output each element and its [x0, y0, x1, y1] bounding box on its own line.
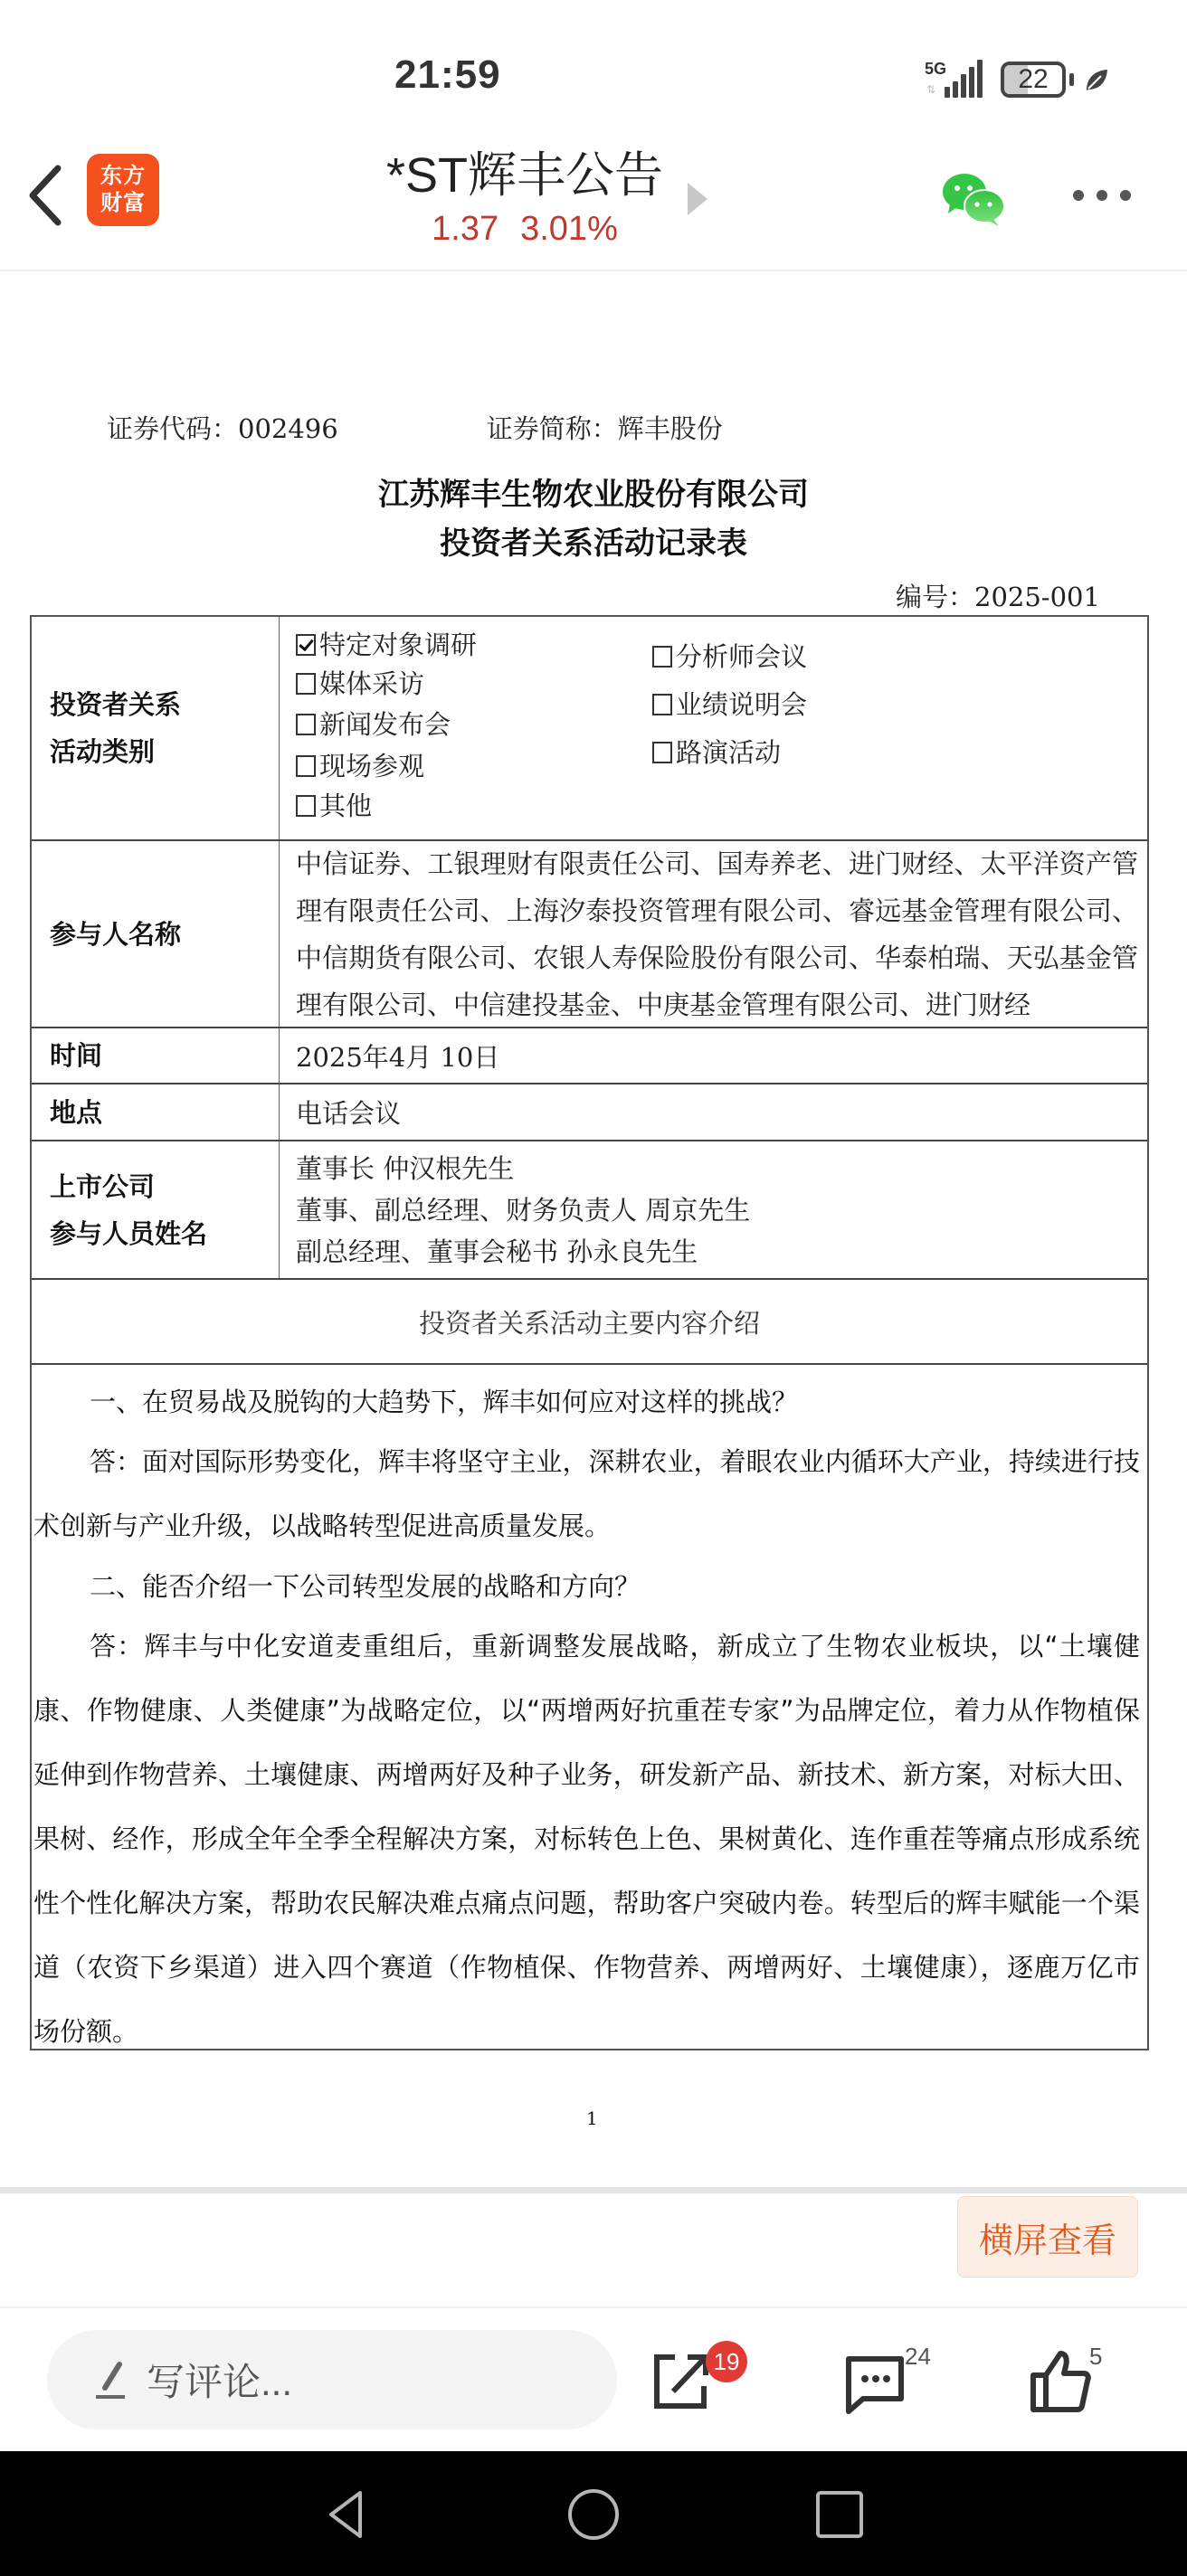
network-type: 5G	[925, 60, 946, 79]
signal-bars-icon	[945, 60, 983, 98]
qa-content: 一、在贸易战及脱钩的大趋势下，辉丰如何应对这样的挑战？ 答：面对国际形势变化，辉…	[32, 1365, 1147, 2049]
intro-header: 投资者关系活动主要内容介绍	[32, 1280, 1147, 1365]
checkbox-icon	[652, 742, 672, 763]
data-arrows-icon: ⇅	[926, 83, 935, 96]
location-label: 地点	[32, 1084, 280, 1140]
battery-icon: 22	[1001, 62, 1066, 98]
wechat-icon[interactable]	[941, 170, 1006, 228]
option-site-visit: 现场参观	[296, 745, 652, 787]
option-media-interview: 媒体采访	[296, 665, 652, 704]
comment-input[interactable]: 写评论...	[47, 2330, 617, 2429]
nav-back-icon[interactable]	[318, 2487, 373, 2542]
checkbox-icon	[652, 646, 672, 668]
checkbox-checked-icon	[296, 634, 316, 656]
time-label: 时间	[32, 1028, 280, 1083]
signal-icon: 5G ⇅	[925, 60, 992, 99]
answer-2: 答：辉丰与中化安道麦重组后，重新调整发展战略，新成立了生物农业板块，以“土壤健康…	[33, 1615, 1140, 2064]
page-number: 1	[586, 2107, 598, 2129]
option-earnings-call: 业绩说明会	[652, 681, 807, 729]
battery-nub	[1069, 73, 1074, 86]
security-code: 证券代码：002496	[107, 413, 338, 444]
nav-recents-icon[interactable]	[812, 2487, 867, 2542]
document-heading: 江苏辉丰生物农业股份有限公司 投资者关系活动记录表	[0, 470, 1187, 568]
company-staff-value: 董事长 仲汉根先生 董事、副总经理、财务负责人 周京先生 副总经理、董事会秘书 …	[280, 1141, 1147, 1278]
title-block: *ST辉丰公告 1.373.01%	[362, 143, 688, 250]
thumbs-up-icon[interactable]	[1026, 2344, 1098, 2417]
share-count-badge: 19	[706, 2341, 747, 2382]
option-press-conference: 新闻发布会	[296, 704, 652, 745]
question-2: 二、能否介绍一下公司转型发展的战略和方向？	[33, 1558, 1140, 1615]
checkbox-icon	[652, 694, 672, 715]
row-location: 地点 电话会议	[32, 1084, 1147, 1141]
checkbox-icon	[296, 673, 316, 695]
comment-count: 24	[905, 2343, 931, 2371]
row-company-staff: 上市公司 参与人员姓名 董事长 仲汉根先生 董事、副总经理、财务负责人 周京先生…	[32, 1141, 1147, 1280]
like-count: 5	[1089, 2343, 1102, 2371]
company-staff-label: 上市公司 参与人员姓名	[32, 1141, 280, 1278]
system-nav-bar	[0, 2451, 1187, 2576]
checkbox-icon	[296, 755, 316, 777]
bottom-action-bar: 写评论... 19 24 5	[0, 2308, 1187, 2453]
more-dots-icon[interactable]	[1073, 190, 1131, 201]
checkbox-icon	[296, 714, 316, 735]
participants-value: 中信证券、工银理财有限责任公司、国寿养老、进门财经、太平洋资产管理有限责任公司、…	[296, 840, 1138, 1028]
serial-number: 编号：2025-001	[896, 577, 1100, 614]
stock-price: 1.37	[432, 210, 499, 248]
battery-level: 22	[1018, 64, 1048, 95]
comment-icon[interactable]	[840, 2344, 912, 2417]
activity-type-options: 特定对象调研 媒体采访 新闻发布会 现场参观 其他 分析师会议 业绩说明会 路演…	[296, 617, 1138, 839]
status-bar: 21:59 5G ⇅ 22	[0, 0, 1187, 136]
pencil-icon	[92, 2357, 128, 2402]
location-value: 电话会议	[280, 1084, 1147, 1140]
question-1: 一、在贸易战及脱钩的大趋势下，辉丰如何应对这样的挑战？	[33, 1374, 1140, 1430]
leaf-icon	[1083, 66, 1110, 93]
section-divider	[0, 2187, 1187, 2193]
status-time: 21:59	[394, 52, 501, 98]
announcement-document: 证券代码：002496证券简称：辉丰股份 江苏辉丰生物农业股份有限公司 投资者关…	[0, 273, 1187, 2191]
company-name: 江苏辉丰生物农业股份有限公司	[0, 470, 1187, 519]
security-name: 证券简称：辉丰股份	[487, 413, 723, 444]
answer-1: 答：面对国际形势变化，辉丰将坚守主业，深耕农业，着眼农业内循环大产业，持续进行技…	[33, 1430, 1140, 1558]
status-icons: 5G ⇅ 22	[925, 60, 1110, 99]
app-header: 东方 财富 *ST辉丰公告 1.373.01%	[0, 136, 1187, 271]
row-participants: 参与人名称 中信证券、工银理财有限责任公司、国寿养老、进门财经、太平洋资产管理有…	[32, 841, 1147, 1028]
back-chevron-icon[interactable]	[25, 163, 65, 228]
page-title: *ST辉丰公告	[362, 143, 688, 208]
option-specific-research: 特定对象调研	[296, 626, 652, 665]
record-table: 投资者关系 活动类别 特定对象调研 媒体采访 新闻发布会 现场参观 其他 分析师…	[30, 615, 1149, 2050]
stock-quote: 1.373.01%	[362, 208, 688, 250]
participants-label: 参与人名称	[32, 841, 280, 1027]
checkbox-icon	[296, 795, 316, 817]
security-info: 证券代码：002496证券简称：辉丰股份	[107, 409, 723, 446]
comment-placeholder: 写评论...	[147, 2353, 292, 2407]
stock-change: 3.01%	[520, 210, 618, 248]
document-title: 投资者关系活动记录表	[0, 519, 1187, 568]
next-triangle-icon[interactable]	[688, 183, 707, 215]
landscape-view-button[interactable]: 横屏查看	[957, 2196, 1138, 2278]
nav-home-icon[interactable]	[566, 2487, 621, 2542]
eastmoney-logo[interactable]: 东方 财富	[87, 154, 159, 226]
row-activity-type: 投资者关系 活动类别 特定对象调研 媒体采访 新闻发布会 现场参观 其他 分析师…	[32, 617, 1147, 841]
activity-type-label: 投资者关系 活动类别	[32, 617, 280, 839]
option-other: 其他	[296, 787, 652, 826]
option-analyst-meeting: 分析师会议	[652, 633, 807, 681]
time-value: 2025年4月 10日	[280, 1028, 1147, 1083]
option-roadshow: 路演活动	[652, 729, 807, 777]
row-time: 时间 2025年4月 10日	[32, 1028, 1147, 1084]
